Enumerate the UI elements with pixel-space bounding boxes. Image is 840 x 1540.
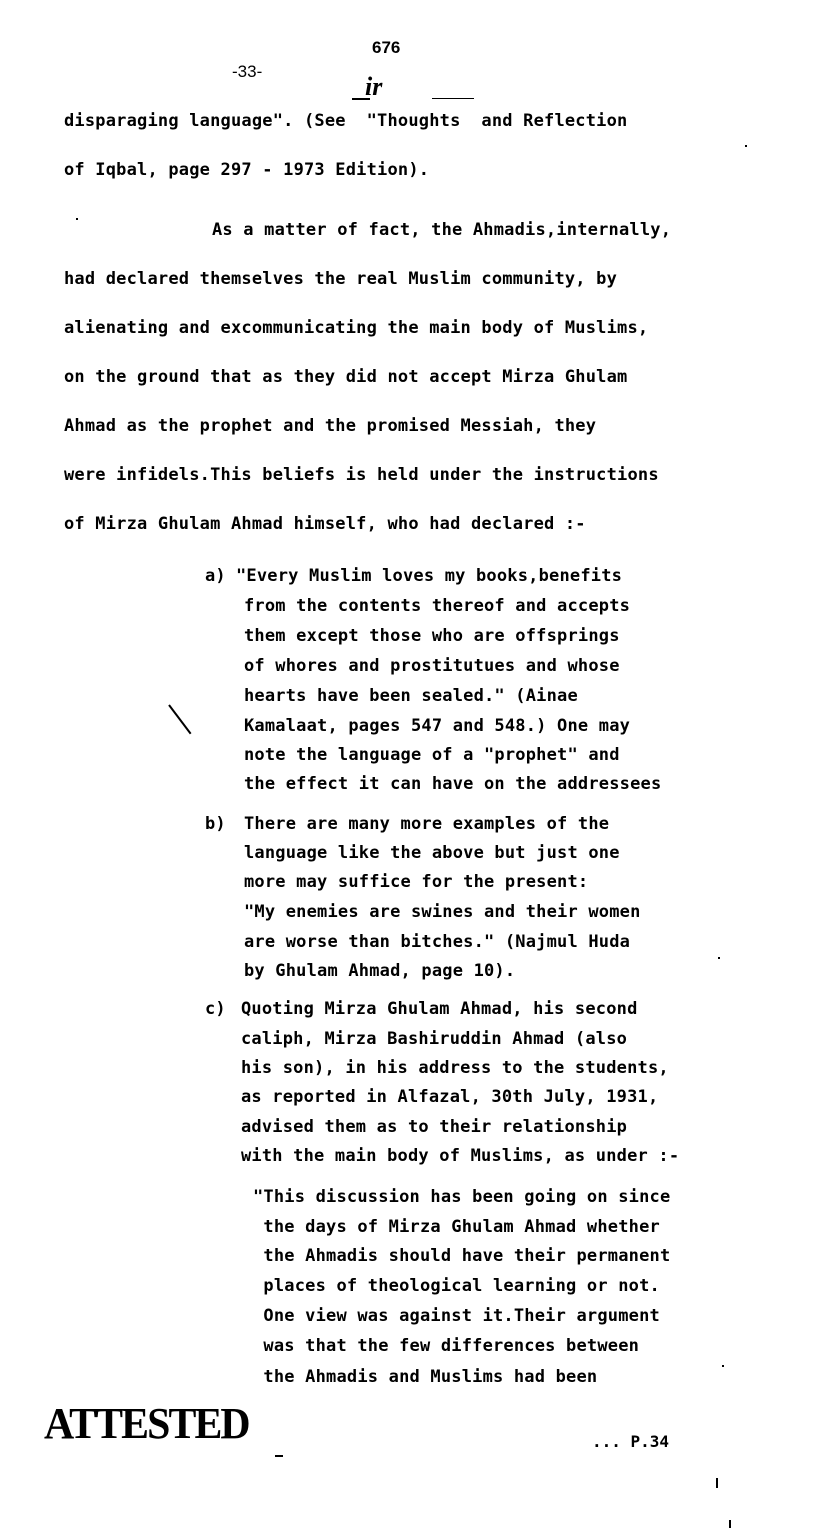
quote-line-1: "This discussion has been going on since [253, 1187, 670, 1207]
intro-line-1: disparaging language". (See "Thoughts an… [64, 111, 627, 131]
header-underline-right [432, 98, 474, 99]
item-c-line-1: Quoting Mirza Ghulam Ahmad, his second [241, 999, 638, 1019]
scan-speck [745, 145, 747, 147]
item-b-label: b) [205, 814, 226, 834]
item-a-line-5: hearts have been sealed." (Ainae [244, 686, 578, 706]
quote-line-5: One view was against it.Their argument [253, 1306, 660, 1326]
main-line-4: on the ground that as they did not accep… [64, 367, 627, 387]
scan-speck [275, 1455, 283, 1457]
item-a-line-6: Kamalaat, pages 547 and 548.) One may [244, 716, 630, 736]
item-c-line-5: advised them as to their relationship [241, 1117, 627, 1137]
main-line-6: were infidels.This beliefs is held under… [64, 465, 659, 485]
item-b-line-2: language like the above but just one [244, 843, 620, 863]
scan-speck [718, 957, 720, 959]
scan-speck [76, 218, 78, 220]
item-c-line-3: his son), in his address to the students… [241, 1058, 669, 1078]
margin-mark [168, 704, 191, 734]
attested-stamp: ATTESTED [44, 1398, 249, 1449]
item-c-line-6: with the main body of Muslims, as under … [241, 1146, 679, 1166]
scan-speck [729, 1520, 731, 1528]
stamp-number: 676 [372, 38, 400, 58]
quote-line-2: the days of Mirza Ghulam Ahmad whether [253, 1217, 660, 1237]
quote-line-4: places of theological learning or not. [253, 1276, 660, 1296]
main-line-3: alienating and excommunicating the main … [64, 318, 648, 338]
intro-line-2: of Iqbal, page 297 - 1973 Edition). [64, 160, 429, 180]
page-number: -33- [232, 62, 262, 82]
item-a-line-7: note the language of a "prophet" and [244, 745, 620, 765]
quote-line-6: was that the few differences between [253, 1336, 639, 1356]
item-a-line-1: "Every Muslim loves my books,benefits [236, 566, 622, 586]
item-b-line-6: by Ghulam Ahmad, page 10). [244, 961, 515, 981]
main-line-7: of Mirza Ghulam Ahmad himself, who had d… [64, 514, 586, 534]
main-line-2: had declared themselves the real Muslim … [64, 269, 617, 289]
quote-line-3: the Ahmadis should have their permanent [253, 1246, 670, 1266]
item-a-line-8: the effect it can have on the addressees [244, 774, 661, 794]
main-line-5: Ahmad as the prophet and the promised Me… [64, 416, 596, 436]
item-a-line-3: them except those who are offsprings [244, 626, 620, 646]
item-a-line-2: from the contents thereof and accepts [244, 596, 630, 616]
item-b-line-3: more may suffice for the present: [244, 872, 588, 892]
quote-line-7: the Ahmadis and Muslims had been [253, 1367, 597, 1387]
item-a-line-4: of whores and prostitutues and whose [244, 656, 620, 676]
header-underline-left [352, 98, 370, 100]
item-c-label: c) [205, 999, 226, 1019]
item-c-line-2: caliph, Mirza Bashiruddin Ahmad (also [241, 1029, 627, 1049]
scan-speck [722, 1365, 724, 1367]
item-c-line-4: as reported in Alfazal, 30th July, 1931, [241, 1087, 658, 1107]
continuation-marker: ... P.34 [592, 1432, 669, 1451]
item-b-line-4: "My enemies are swines and their women [244, 902, 641, 922]
item-b-line-5: are worse than bitches." (Najmul Huda [244, 932, 630, 952]
item-b-line-1: There are many more examples of the [244, 814, 609, 834]
item-a-label: a) [205, 566, 226, 586]
scan-speck [716, 1478, 718, 1488]
main-line-1: As a matter of fact, the Ahmadis,interna… [212, 220, 671, 240]
